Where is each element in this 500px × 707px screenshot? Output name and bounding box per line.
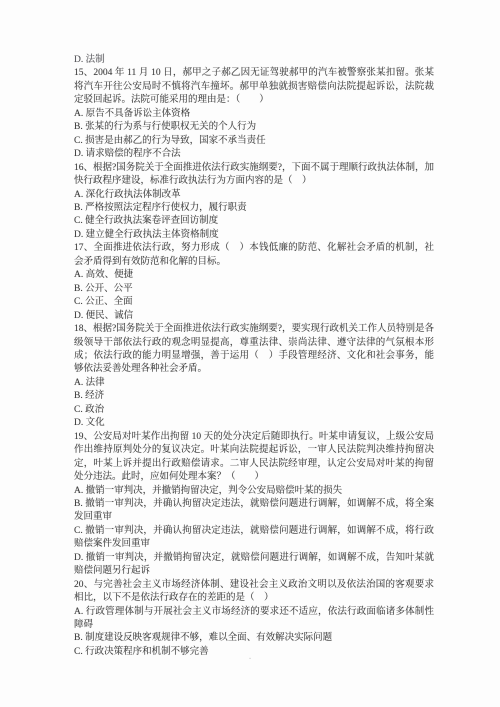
question-option: A. 高效、便捷 [74, 269, 434, 282]
question-option: C. 撤销一审判决，并确认拘留决定违法，就赔偿问题进行调解，如调解不成，将行政赔… [74, 525, 434, 552]
question-option: D. 撤销一审判决，并撤销拘留决定，就赔偿问题进行调解，如调解不成，告知叶某就赔… [74, 552, 434, 579]
question-stem: 16、根据?国务院关于全面推进依法行政实施纲要?，下面不属于理顺行政执法体制，加… [74, 162, 434, 189]
question-stem: 18、根据?国务院关于全面推进依法行政实施纲要?，要实现行政机关工作人员特别是各… [74, 323, 434, 377]
page-footer-mark: · [0, 654, 500, 666]
question-option: A. 法律 [74, 377, 434, 390]
questions-list: D. 法制15、2004 年 11 月 10 日，郝甲之子郝乙因无证驾驶郝甲的汽… [74, 54, 434, 659]
scanned-exam-page: D. 法制15、2004 年 11 月 10 日，郝甲之子郝乙因无证驾驶郝甲的汽… [0, 0, 500, 707]
question-option: C. 健全行政执法案卷评查回访制度 [74, 215, 434, 228]
question-option: C. 公正、全面 [74, 296, 434, 309]
question-option: B. 张某的行为系与行使职权无关的个人行为 [74, 121, 434, 134]
question-option: B. 严格按照法定程序行使权力，履行职责 [74, 202, 434, 215]
question-option: D. 文化 [74, 417, 434, 430]
question-option: D. 建立健全行政执法主体资格制度 [74, 229, 434, 242]
question-option: B. 公开、公平 [74, 283, 434, 296]
question-option: B. 制度建设反映客观规律不够，难以全面、有效解决实际问题 [74, 632, 434, 645]
question-option: C. 政治 [74, 404, 434, 417]
question-stem: 15、2004 年 11 月 10 日，郝甲之子郝乙因无证驾驶郝甲的汽车被警察张… [74, 67, 434, 107]
question-option: D. 请求赔偿的程序不合法 [74, 148, 434, 161]
carryover-option-line: D. 法制 [74, 54, 434, 67]
question-option: A. 原告不具备诉讼主体资格 [74, 108, 434, 121]
question-option: A. 行政管理体制与开展社会主义市场经济的要求还不适应，依法行政面临诸多体制性障… [74, 606, 434, 633]
question-stem: 19、公安局对叶某作出拘留 10 天的处分决定后随即执行。叶某申请复议，上级公安… [74, 431, 434, 485]
question-option: A. 撤销一审判决，并撤销拘留决定，判令公安局赔偿叶某的损失 [74, 485, 434, 498]
question-stem: 20、与完善社会主义市场经济体制、建设社会主义政治文明以及依法治国的客观要求相比… [74, 579, 434, 606]
question-option: A. 深化行政执法体制改革 [74, 189, 434, 202]
question-option: B. 撤销一审判决，并确认拘留决定违法，就赔偿问题进行调解，如调解不成，将全案发… [74, 498, 434, 525]
question-option: D. 便民、诚信 [74, 310, 434, 323]
question-option: B. 经济 [74, 390, 434, 403]
question-stem: 17、全面推进依法行政，努力形成（ ）本钱低廉的防范、化解社会矛盾的机制，社会矛… [74, 242, 434, 269]
question-option: C. 损害是由郝乙的行为导致，国家不承当责任 [74, 135, 434, 148]
